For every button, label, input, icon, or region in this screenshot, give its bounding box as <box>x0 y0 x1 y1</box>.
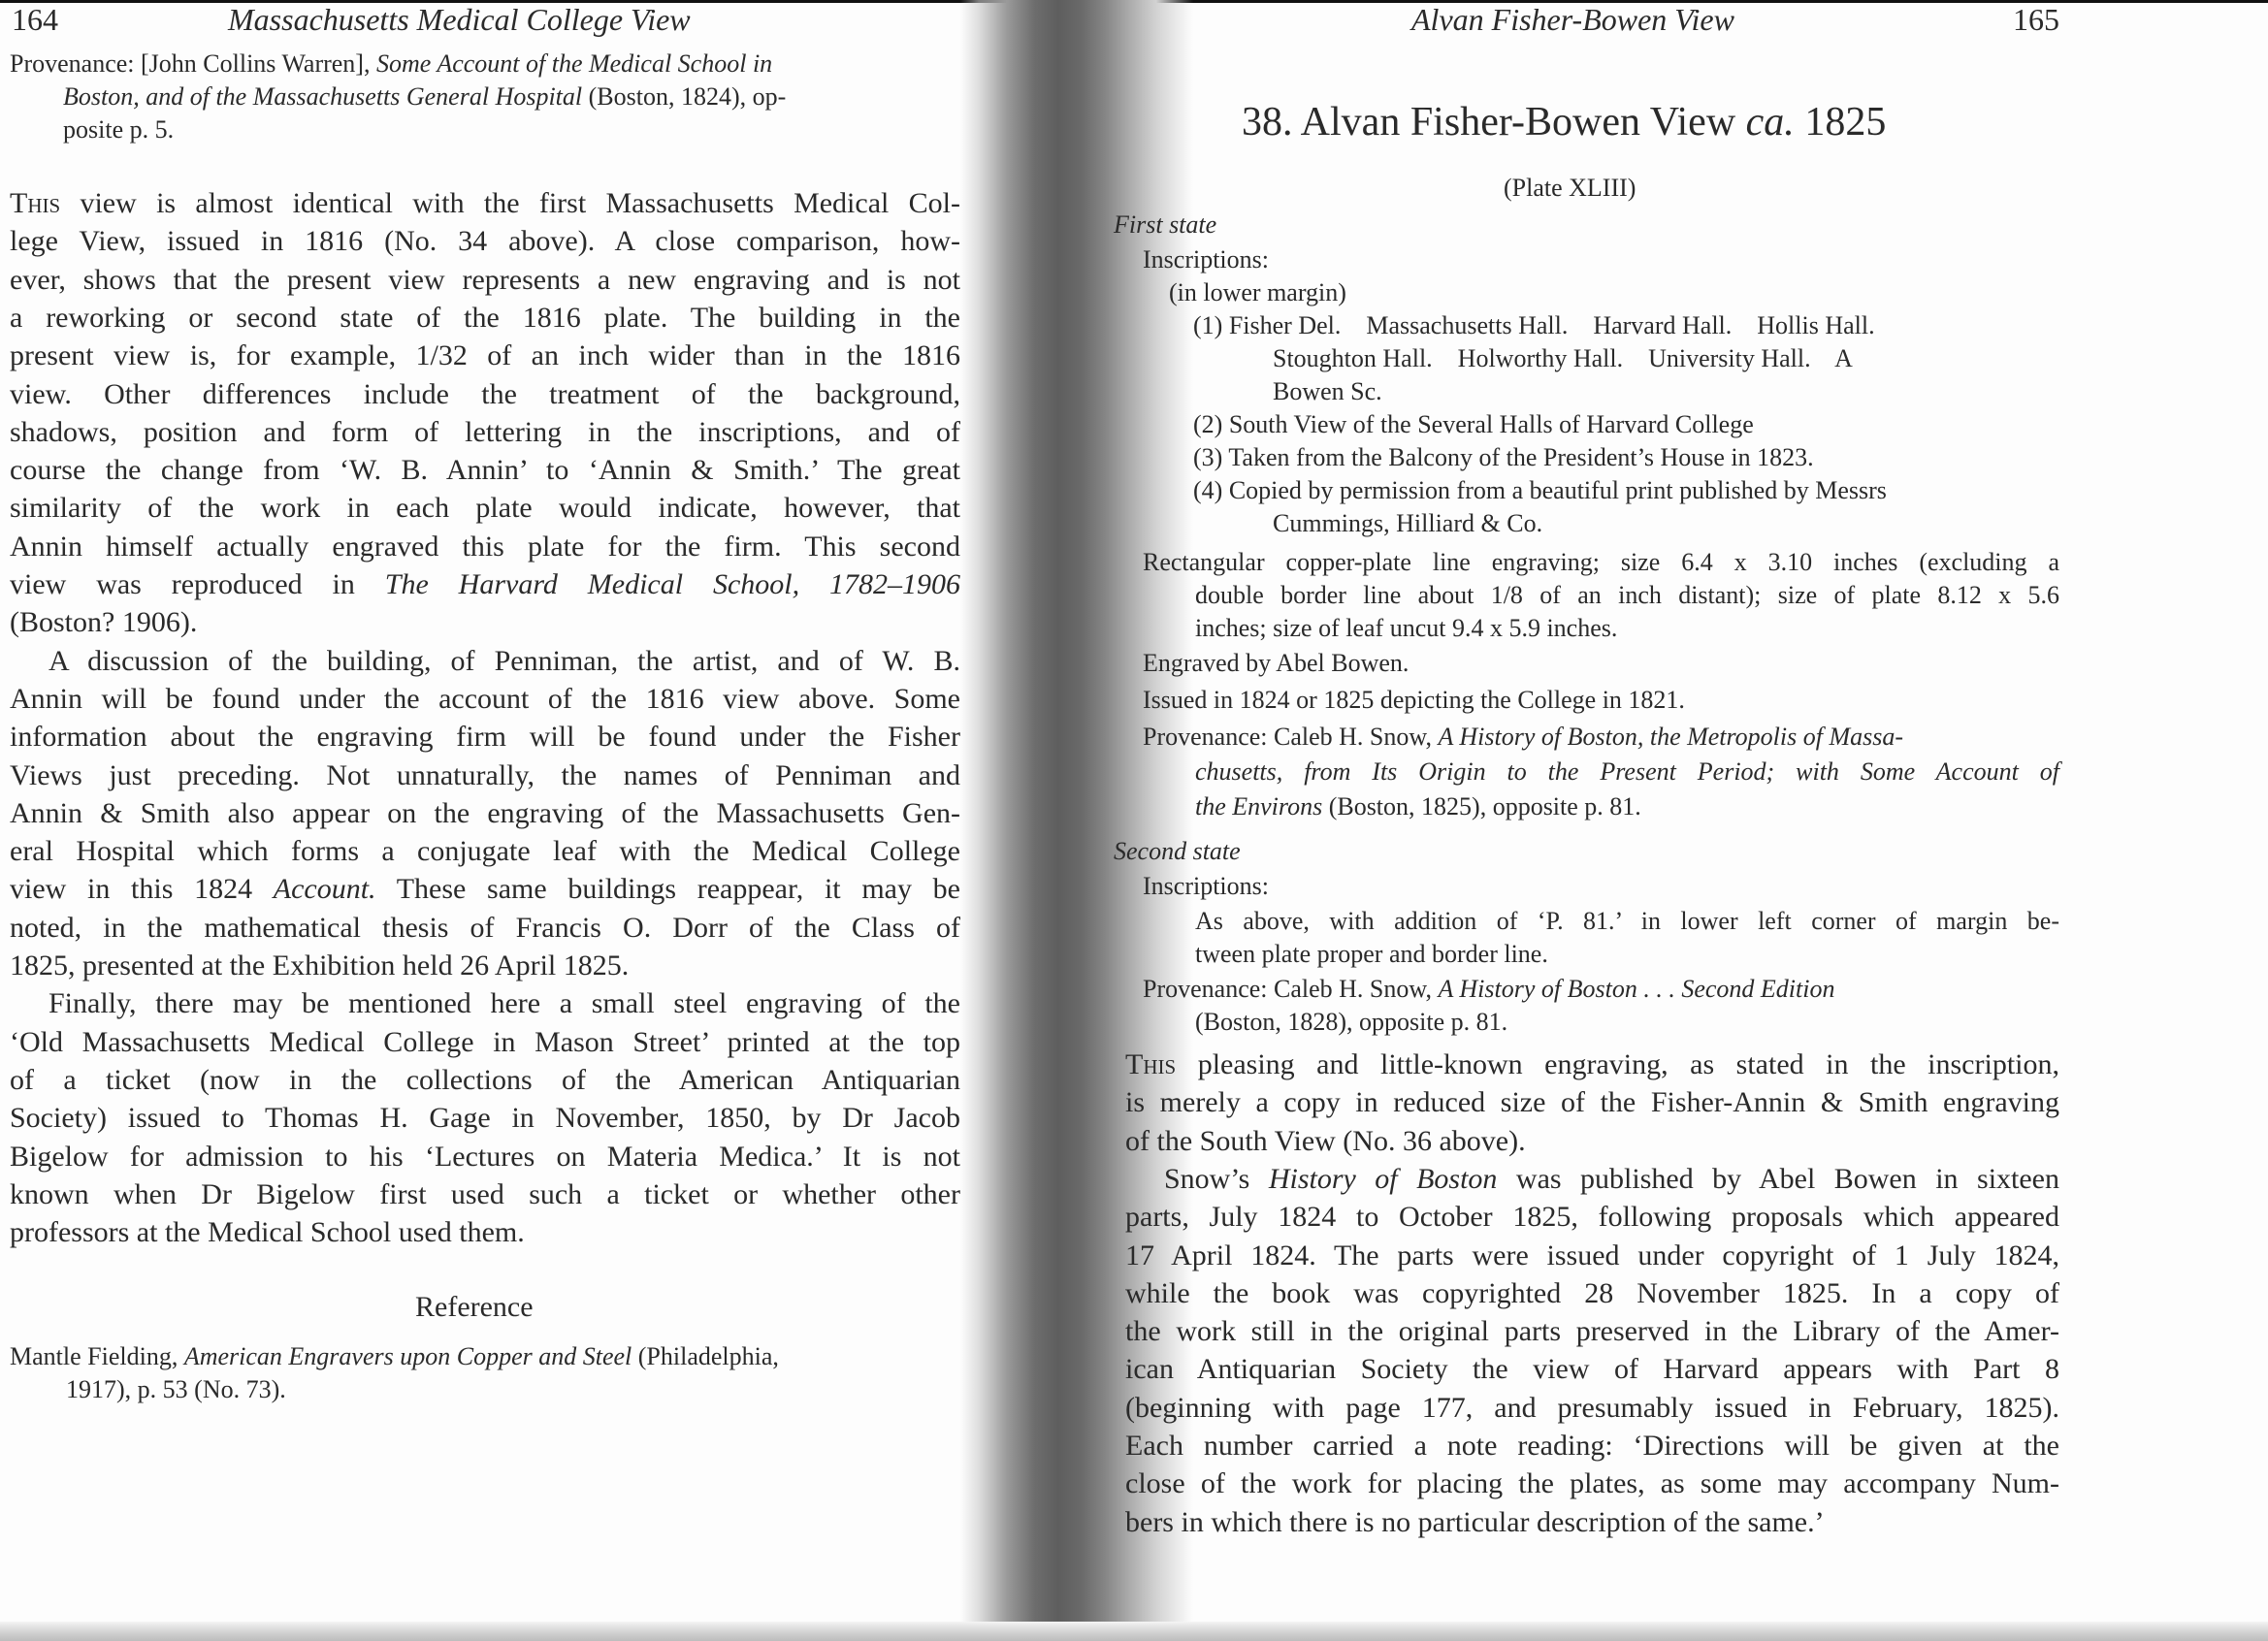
description-line: double border line about 1/8 of an inch … <box>1195 580 2059 611</box>
running-head: Massachusetts Medical College View <box>228 2 691 37</box>
text-line: ‘Old Massachusetts Medical College in Ma… <box>10 1025 960 1060</box>
text-line: similarity of the work in each plate wou… <box>10 491 960 526</box>
first-state-provenance-line-3: the Environs (Boston, 1825), opposite p.… <box>1195 791 1641 822</box>
inscription-location: (in lower margin) <box>1169 277 1346 308</box>
second-state-provenance-line-1: Provenance: Caleb H. Snow, A History of … <box>1143 974 2059 1005</box>
first-state-heading: First state <box>1114 209 1216 241</box>
second-state-heading: Second state <box>1114 836 1241 867</box>
provenance-line-1: Provenance: [John Collins Warren], Some … <box>10 48 960 80</box>
reference-entry-line-2: 1917), p. 53 (No. 73). <box>66 1374 286 1405</box>
description-line: Rectangular copper-plate line engraving;… <box>1143 547 2059 578</box>
text-line: This view is almost identical with the f… <box>10 186 960 221</box>
text-line: information about the engraving firm wil… <box>10 720 960 755</box>
engraver-line: Engraved by Abel Bowen. <box>1143 648 1409 679</box>
first-state-inscriptions-label: Inscriptions: <box>1143 244 1269 275</box>
first-state-provenance-line-2: chusetts, from Its Origin to the Present… <box>1195 756 2059 788</box>
text-line: eral Hospital which forms a conjugate le… <box>10 834 960 869</box>
text-line: view. Other differences include the trea… <box>10 377 960 412</box>
text-line: present view is, for example, 1/32 of an… <box>10 338 960 373</box>
inscription-item: Bowen Sc. <box>1273 376 1382 407</box>
text-line: noted, in the mathematical thesis of Fra… <box>10 911 960 946</box>
text-line: Society) issued to Thomas H. Gage in Nov… <box>10 1101 960 1136</box>
text-line: lege View, issued in 1816 (No. 34 above)… <box>10 224 960 259</box>
text-line: Views just preceding. Not unnaturally, t… <box>10 758 960 793</box>
text-line: the work still in the original parts pre… <box>1125 1314 2059 1349</box>
text-line: while the book was copyrighted 28 Novemb… <box>1125 1276 2059 1311</box>
text-line: Bigelow for admission to his ‘Lectures o… <box>10 1140 960 1174</box>
provenance-line-3: posite p. 5. <box>63 114 174 145</box>
inscription-item: Cummings, Hilliard & Co. <box>1273 508 1542 539</box>
text-line: of the South View (No. 36 above). <box>1125 1124 1526 1159</box>
text-line: view was reproduced in The Harvard Medic… <box>10 567 960 602</box>
provenance-line-2: Boston, and of the Massachusetts General… <box>63 81 960 113</box>
right-page: Alvan Fisher-Bowen View 165 38. Alvan Fi… <box>1096 0 2066 1641</box>
inscription-item: (1) Fisher Del. Massachusetts Hall. Harv… <box>1193 310 1875 341</box>
text-line: bers in which there is no particular des… <box>1125 1505 1825 1540</box>
inscription-item: (4) Copied by permission from a beautifu… <box>1193 475 1887 506</box>
text-line: Each number carried a note reading: ‘Dir… <box>1125 1429 2059 1464</box>
second-state-inscriptions-label: Inscriptions: <box>1143 871 1269 902</box>
text-line: A discussion of the building, of Pennima… <box>49 644 960 679</box>
text-line: a reworking or second state of the 1816 … <box>10 301 960 336</box>
running-head: Alvan Fisher-Bowen View <box>1411 2 1734 37</box>
text-line: 17 April 1824. The parts were issued und… <box>1125 1239 2059 1273</box>
text-line: Finally, there may be mentioned here a s… <box>49 986 960 1021</box>
second-state-inscription-line-2: tween plate proper and border line. <box>1195 939 1548 970</box>
text-line: ever, shows that the present view repres… <box>10 263 960 298</box>
text-line: 1825, presented at the Exhibition held 2… <box>10 949 629 983</box>
text-line: Annin will be found under the account of… <box>10 682 960 717</box>
entry-title: 38. Alvan Fisher-Bowen View ca. 1825 <box>1242 105 1886 140</box>
text-line: Annin & Smith also appear on the engravi… <box>10 796 960 831</box>
text-line: is merely a copy in reduced size of the … <box>1125 1085 2059 1120</box>
text-line: Annin himself actually engraved this pla… <box>10 530 960 564</box>
text-line: shadows, position and form of lettering … <box>10 415 960 450</box>
text-line: of a ticket (now in the collections of t… <box>10 1063 960 1098</box>
reference-entry-line-1: Mantle Fielding, American Engravers upon… <box>10 1341 960 1372</box>
text-line: parts, July 1824 to October 1825, follow… <box>1125 1200 2059 1235</box>
page-number: 164 <box>12 2 58 37</box>
second-state-provenance-line-2: (Boston, 1828), opposite p. 81. <box>1195 1007 1507 1038</box>
text-line: known when Dr Bigelow first used such a … <box>10 1177 960 1212</box>
text-line: professors at the Medical School used th… <box>10 1215 525 1250</box>
description-line: inches; size of leaf uncut 9.4 x 5.9 inc… <box>1195 613 1617 644</box>
text-line: This pleasing and little-known engraving… <box>1125 1047 2059 1082</box>
first-state-provenance-line-1: Provenance: Caleb H. Snow, A History of … <box>1143 722 2059 753</box>
page-number: 165 <box>2013 2 2059 37</box>
inscription-item: (3) Taken from the Balcony of the Presid… <box>1193 442 1814 473</box>
text-line: (beginning with page 177, and presumably… <box>1125 1391 2059 1426</box>
left-page: 164 Massachusetts Medical College View P… <box>0 0 970 1641</box>
text-line: Snow’s History of Boston was published b… <box>1164 1162 2059 1197</box>
text-line: course the change from ‘W. B. Annin’ to … <box>10 453 960 488</box>
text-line: close of the work for placing the plates… <box>1125 1466 2059 1501</box>
inscription-item: Stoughton Hall. Holworthy Hall. Universi… <box>1273 343 1853 374</box>
inscription-item: (2) South View of the Several Halls of H… <box>1193 409 1754 440</box>
scan-bottom-edge <box>0 1622 2268 1641</box>
text-line: (Boston? 1906). <box>10 605 197 640</box>
plate-number: (Plate XLIII) <box>1504 173 1636 204</box>
text-line: view in this 1824 Account. These same bu… <box>10 872 960 907</box>
issued-line: Issued in 1824 or 1825 depicting the Col… <box>1143 685 1685 716</box>
second-state-inscription-line-1: As above, with addition of ‘P. 81.’ in l… <box>1195 906 2059 937</box>
text-line: ican Antiquarian Society the view of Har… <box>1125 1352 2059 1387</box>
reference-heading: Reference <box>415 1290 534 1325</box>
